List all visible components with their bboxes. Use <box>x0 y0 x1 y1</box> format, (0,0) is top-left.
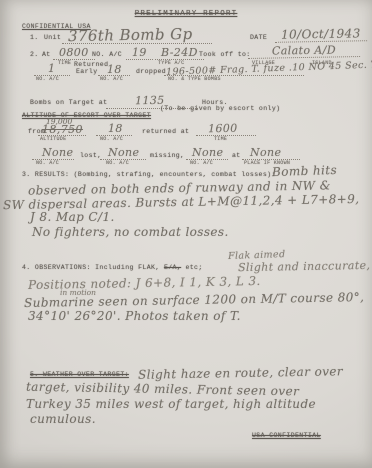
section5-heading: 5. WEATHER OVER TARGET: <box>30 371 129 378</box>
doc-title: PRELIMINARY REPORT <box>0 10 372 18</box>
section4-heading-part2: etc; <box>185 264 202 271</box>
line3-returned-label1: Returned <box>74 61 108 68</box>
line3-droppedby-caption: NO. A/C <box>100 76 123 82</box>
line1-unit-value: 376th Bomb Gp <box>68 25 193 45</box>
line4-label: Bombs on Target at <box>30 99 107 106</box>
line2-at-label: At <box>42 51 51 58</box>
line2-tookoff-label: Took off to: <box>199 51 251 58</box>
section4-heading-struck: E/A, <box>164 264 181 271</box>
line7-at-label: at <box>232 152 241 159</box>
section5-hw-line: target, visibility 40 miles. Front seen … <box>26 380 299 399</box>
line3-returned-caption: NO. A/C <box>36 76 59 82</box>
section3-heading: 3. RESULTS: (Bombing, strafing, encounte… <box>22 171 276 178</box>
line6-time-caption: TIME <box>214 136 227 142</box>
line1-unit-label: Unit <box>44 34 61 41</box>
line3-returned-label2: Early <box>76 68 98 75</box>
line3-dropped-label: dropped <box>136 68 166 75</box>
line2-destination-value: Calato A/D <box>248 43 360 59</box>
line2-number: 2. <box>30 51 39 58</box>
scanned-report-page: PRELIMINARY REPORT CONFIDENTIAL USA 1. U… <box>0 0 372 468</box>
line7-missing-label: missing, <box>150 152 184 159</box>
line2-time-caption: TIME <box>58 60 71 66</box>
section4-heading-part1: 4. OBSERVATIONS: Including FLAK, <box>22 264 160 271</box>
section5-hw-line: cumulous. <box>30 412 96 426</box>
line6-noac-caption: NO. A/C <box>100 136 123 142</box>
section4-hw-coords: 34°10' 26°20'. Photos taken of T. <box>28 309 241 323</box>
classification-bottom: USA CONFIDENTIAL <box>252 432 321 439</box>
line2-type-caption: TYPE A/C <box>158 60 184 66</box>
section5-hw-line: Turkey 35 miles west of target, high alt… <box>26 397 316 411</box>
line1-date-value: 10/Oct/1943 <box>275 26 367 43</box>
line2-noac-label: NO. A/C <box>92 51 122 58</box>
line1-date-label: DATE <box>250 34 267 41</box>
section3-hw-first: Bomb hits <box>272 163 338 179</box>
line5-escort-note: (To be given by escort only) <box>160 105 280 112</box>
line6-returned-label: returned at <box>142 128 189 135</box>
section5-hw-first: Slight haze en route, clear over <box>138 364 343 382</box>
line1-number: 1. <box>30 34 39 41</box>
line6-altitude-caption: ALTITUDE <box>40 136 66 142</box>
line7-at-caption: NO. A/C <box>190 160 213 166</box>
line7-missing-caption: NO. A/C <box>106 160 129 166</box>
line2-noac-value: 19 <box>126 46 153 60</box>
line2-type-value: B-24D <box>155 46 204 60</box>
section3-hw-line: No fighters, no combat losses. <box>32 225 229 239</box>
line2-time-value: 0800 <box>53 46 95 60</box>
section4-heading: 4. OBSERVATIONS: Including FLAK, E/A, et… <box>22 264 203 271</box>
section3-hw-line: J 8. Map C/1. <box>30 210 115 224</box>
line3-bombs-caption: NO. & TYPE BOMBS <box>168 76 221 82</box>
section4-hw-first: Slight and inaccurate, <box>238 259 371 274</box>
line5-struck-label: ALTITUDE OF ESCORT OVER TARGET <box>22 112 151 119</box>
line7-lost-caption: NO. A/C <box>36 160 59 166</box>
line7-lost-label: lost, <box>80 152 102 159</box>
